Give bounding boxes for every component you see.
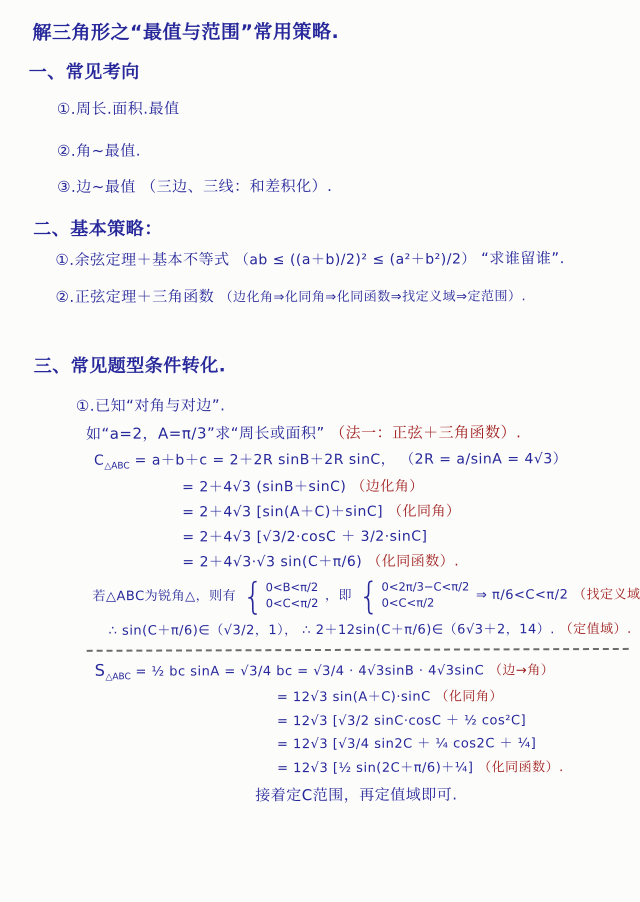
- area-eq1-note: （边→角）: [489, 663, 554, 678]
- section1-item3-paren: （三边、三线：和差积化）.: [141, 177, 332, 196]
- acute-note: （找定义域）.: [573, 587, 640, 602]
- section2-item2-paren: （边化角⇒化同角⇒化同函数⇒找定义域⇒定范围）.: [219, 289, 526, 305]
- section2-item1: ①.余弦定理＋基本不等式 （ab ≤ ((a＋b)/2)² ≤ (a²＋b²)/…: [55, 248, 639, 271]
- acute-constraint-line: 若△ABC为锐角△，则有 { 0<B<π/2 0<C<π/2 ，即 { 0<2π…: [92, 579, 640, 613]
- section1-heading: 一、常见考向: [29, 59, 639, 85]
- acute-pre: 若△ABC为锐角△，则有: [92, 589, 236, 605]
- example-method-note: （法一：正弦＋三角函数）.: [330, 423, 521, 442]
- section2-heading: 二、基本策略：: [33, 216, 639, 242]
- example-line: 如“a=2，A=π/3”求“周长或面积” （法一：正弦＋三角函数）.: [86, 422, 640, 444]
- page-title: 解三角形之“最值与范围”常用策略.: [32, 19, 638, 47]
- perimeter-eq2: = 2＋4√3 (sinB＋sinC) （边化角）: [182, 477, 640, 497]
- perimeter-eq5: = 2＋4√3·√3 sin(C＋π/6) （化同函数）.: [182, 552, 640, 572]
- perimeter-eq4: = 2＋4√3 [√3/2·cosC ＋ 3/2·sinC]: [182, 527, 640, 547]
- brace-system-2: { 0<2π/3−C<π/2 0<C<π/2: [359, 579, 470, 611]
- section1-item1: ①.周长.面积.最值: [57, 97, 639, 119]
- system2-ineq-bottom: 0<C<π/2: [382, 595, 470, 611]
- perimeter-eq2-note: （边化角）: [351, 479, 424, 495]
- section2-item1-formula: （ab ≤ ((a＋b)/2)² ≤ (a²＋b²)/2）: [235, 251, 476, 268]
- area-eq2-body: = 12√3 sin(A＋C)·sinC: [277, 690, 431, 706]
- perimeter-eq3-body: = 2＋4√3 [sin(A＋C)＋sinC]: [182, 504, 383, 521]
- perimeter-eq4-body: = 2＋4√3 [√3/2·cosC ＋ 3/2·sinC]: [182, 529, 427, 546]
- closing-remark: 接着定C范围，再定值域即可.: [255, 784, 640, 806]
- perimeter-eq1: C△ABC = a＋b＋c = 2＋2R sinB＋2R sinC， （2R =…: [94, 450, 640, 473]
- area-lhs-subscript: △ABC: [105, 673, 130, 683]
- area-eq5-note: （化同函数）.: [478, 760, 564, 775]
- perimeter-lhs: C: [94, 453, 104, 469]
- section1-item3-text: ③.边~最值: [57, 178, 136, 196]
- handwritten-notes-page: 解三角形之“最值与范围”常用策略. 一、常见考向 ①.周长.面积.最值 ②.角~…: [0, 0, 640, 902]
- conclusion-note: （定值域）.: [560, 622, 632, 637]
- area-eq1: S△ABC = ½ bc sinA = √3/4 bc = √3/4 · 4√3…: [95, 658, 640, 684]
- example-text: 如“a=2，A=π/3”求“周长或面积”: [86, 424, 325, 443]
- section2-item1-lead: ①.余弦定理＋基本不等式: [55, 250, 229, 269]
- area-eq4-body: = 12√3 [√3/4 sin2C ＋ ¼ cos2C ＋ ¼]: [277, 736, 536, 752]
- section2-item2: ②.正弦定理＋三角函数 （边化角⇒化同角⇒化同函数⇒找定义域⇒定范围）.: [55, 285, 639, 308]
- acute-mid: ，即: [325, 588, 352, 603]
- acute-result: ⇒ π/6<C<π/2: [476, 587, 568, 602]
- section3-heading: 三、常见题型条件转化.: [34, 353, 640, 379]
- left-brace-icon: {: [359, 577, 380, 614]
- conclusion-part1: ∴ sin(C＋π/6)∈（√3/2，1），: [109, 623, 298, 639]
- perimeter-eq3-note: （化同角）: [388, 504, 461, 520]
- section1-item2: ②.角~最值.: [57, 139, 639, 161]
- perimeter-eq1-body: = a＋b＋c = 2＋2R sinB＋2R sinC，: [130, 452, 396, 469]
- perimeter-eq5-note: （化同函数）.: [367, 553, 459, 569]
- dashed-divider: [87, 648, 629, 652]
- section2-item2-lead: ②.正弦定理＋三角函数: [55, 287, 214, 306]
- perimeter-eq1-paren: （2R = a/sinA = 4√3）: [400, 451, 567, 468]
- conclusion-part2: ∴ 2＋12sin(C＋π/6)∈（6√3＋2，14）.: [302, 622, 555, 638]
- system2-ineq-top: 0<2π/3−C<π/2: [381, 580, 469, 596]
- area-eq3-body: = 12√3 [√3/2 sinC·cosC ＋ ½ cos²C]: [277, 713, 526, 729]
- area-lhs: S: [95, 661, 106, 680]
- section1-item3: ③.边~最值 （三边、三线：和差积化）.: [57, 175, 639, 197]
- area-eq5-body: = 12√3 [½ sin(2C＋π/6)＋¼]: [277, 760, 473, 776]
- area-eq5: = 12√3 [½ sin(2C＋π/6)＋¼] （化同函数）.: [277, 759, 640, 778]
- left-brace-icon: {: [243, 578, 264, 615]
- brace-system-1: { 0<B<π/2 0<C<π/2: [243, 580, 319, 612]
- conclusion-line: ∴ sin(C＋π/6)∈（√3/2，1）， ∴ 2＋12sin(C＋π/6)∈…: [109, 621, 640, 640]
- area-eq3: = 12√3 [√3/2 sinC·cosC ＋ ½ cos²C]: [277, 711, 640, 730]
- area-eq2: = 12√3 sin(A＋C)·sinC （化同角）: [277, 688, 640, 707]
- perimeter-lhs-subscript: △ABC: [104, 462, 129, 472]
- system1-ineq-bottom: 0<C<π/2: [266, 596, 319, 612]
- perimeter-eq5-body: = 2＋4√3·√3 sin(C＋π/6): [182, 554, 362, 571]
- perimeter-eq2-body: = 2＋4√3 (sinB＋sinC): [182, 479, 346, 496]
- area-eq1-body: = ½ bc sinA = √3/4 bc = √3/4 · 4√3sinB ·…: [131, 664, 484, 680]
- section2-item1-tail: “求谁留谁”.: [481, 249, 565, 267]
- area-eq2-note: （化同角）: [435, 689, 503, 704]
- perimeter-eq3: = 2＋4√3 [sin(A＋C)＋sinC] （化同角）: [182, 502, 640, 522]
- area-eq4: = 12√3 [√3/4 sin2C ＋ ¼ cos2C ＋ ¼]: [277, 735, 640, 754]
- section3-sub1: ①.已知“对角与对边”.: [76, 394, 640, 416]
- system1-ineq-top: 0<B<π/2: [266, 580, 319, 596]
